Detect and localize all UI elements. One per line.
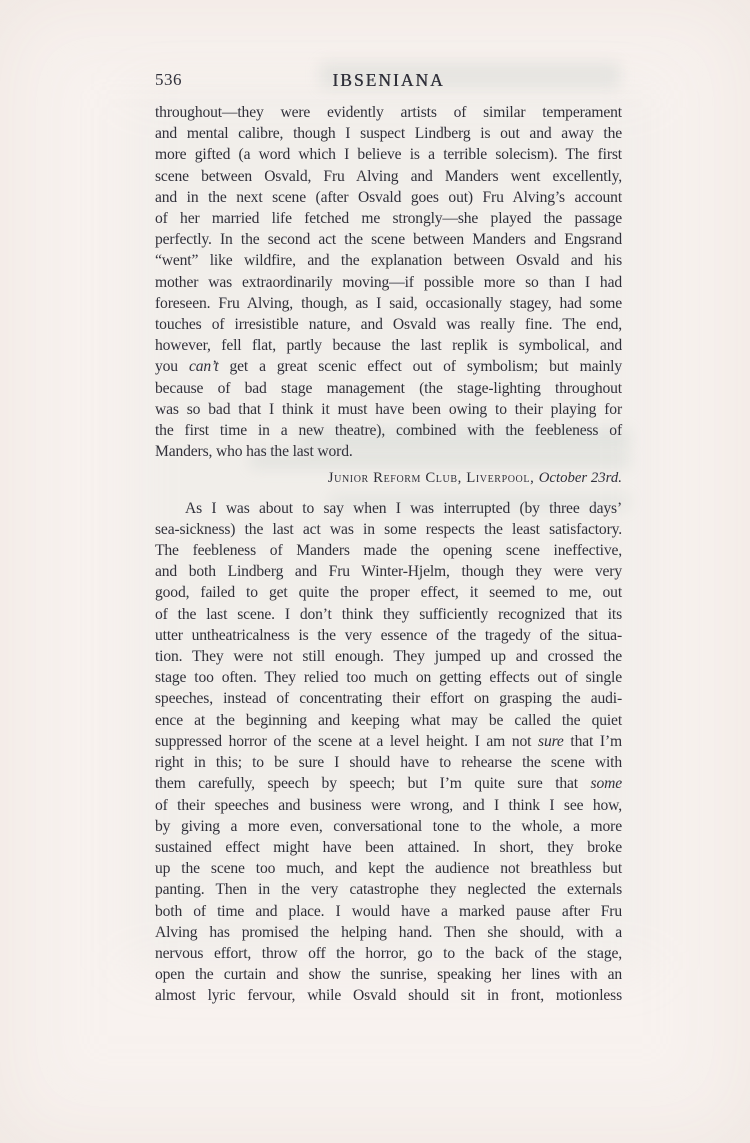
running-header: 536 IBSENIANA	[155, 70, 622, 94]
dateline-place: Junior Reform Club, Liverpool,	[328, 470, 539, 486]
text-segment: of the last scene. I don’t think they su…	[155, 606, 622, 623]
text-segment: foreseen. Fru Alving, though, as I said,…	[155, 295, 622, 312]
text-segment: by giving a more even, conversational to…	[155, 818, 622, 835]
text-line: ence at the beginning and keeping what m…	[155, 710, 622, 731]
text-line: tion. They were not still enough. They j…	[155, 646, 622, 667]
body-text: throughout—they were evidently artists o…	[155, 102, 622, 1007]
book-page-scan: 536 IBSENIANA throughout—they were evide…	[0, 0, 750, 1143]
text-line: up the scene too much, and kept the audi…	[155, 858, 622, 879]
text-line: the first time in a new theatre), combin…	[155, 420, 622, 441]
text-segment: good, failed to get quite the proper eff…	[155, 584, 622, 601]
italic-text: some	[591, 775, 622, 792]
text-segment: suppressed horror of the scene at a leve…	[155, 733, 538, 750]
text-line: of her married life fetched me strongly—…	[155, 208, 622, 229]
text-segment: ence at the beginning and keeping what m…	[155, 712, 622, 729]
text-line: foreseen. Fru Alving, though, as I said,…	[155, 293, 622, 314]
text-line: right in this; to be sure I should have …	[155, 752, 622, 773]
italic-text: can’t	[189, 358, 219, 375]
text-segment: stage too often. They relied too much on…	[155, 669, 622, 686]
text-segment: speeches, instead of concentrating their…	[155, 690, 622, 707]
text-segment: more gifted (a word which I believe is a…	[155, 146, 622, 163]
dateline-date: October 23rd.	[539, 470, 622, 486]
text-segment: up the scene too much, and kept the audi…	[155, 860, 622, 877]
text-line: you can’t get a great scenic effect out …	[155, 356, 622, 377]
text-segment: mother was extraordinarily moving—if pos…	[155, 274, 622, 291]
text-line: open the curtain and show the sunrise, s…	[155, 964, 622, 985]
text-line: both of time and place. I would have a m…	[155, 901, 622, 922]
text-line: was so bad that I think it must have bee…	[155, 399, 622, 420]
text-segment: however, fell flat, partly because the l…	[155, 337, 622, 354]
text-segment: Alving has promised the helping hand. Th…	[155, 924, 622, 941]
text-line: and both Lindberg and Fru Winter-Hjelm, …	[155, 561, 622, 582]
text-line: of the last scene. I don’t think they su…	[155, 604, 622, 625]
text-segment: almost lyric fervour, while Osvald shoul…	[155, 987, 622, 1004]
dateline: Junior Reform Club, Liverpool, October 2…	[155, 468, 622, 489]
text-segment: perfectly. In the second act the scene b…	[155, 231, 622, 248]
text-line: touches of irresistible nature, and Osva…	[155, 314, 622, 335]
text-line: sustained effect might have been attaine…	[155, 837, 622, 858]
text-line: speeches, instead of concentrating their…	[155, 688, 622, 709]
text-line: nervous effort, throw off the horror, go…	[155, 943, 622, 964]
text-line: Alving has promised the helping hand. Th…	[155, 922, 622, 943]
text-line: by giving a more even, conversational to…	[155, 816, 622, 837]
text-segment: of her married life fetched me strongly—…	[155, 210, 622, 227]
text-line: however, fell flat, partly because the l…	[155, 335, 622, 356]
text-segment: of their speeches and business were wron…	[155, 797, 622, 814]
text-segment: tion. They were not still enough. They j…	[155, 648, 622, 665]
text-line: The feebleness of Manders made the openi…	[155, 540, 622, 561]
text-segment: “went” like wildfire, and the explanatio…	[155, 252, 622, 269]
text-line: sea-sickness) the last act was in some r…	[155, 519, 622, 540]
text-line: Manders, who has the last word.	[155, 441, 622, 462]
text-segment: right in this; to be sure I should have …	[155, 754, 622, 771]
text-line: suppressed horror of the scene at a leve…	[155, 731, 622, 752]
text-segment: As I was about to say when I was interru…	[185, 500, 622, 517]
text-line: of their speeches and business were wron…	[155, 795, 622, 816]
text-line: utter untheatricalness is the very essen…	[155, 625, 622, 646]
text-line: perfectly. In the second act the scene b…	[155, 229, 622, 250]
page-title: IBSENIANA	[155, 70, 622, 91]
text-block: 536 IBSENIANA throughout—they were evide…	[155, 70, 622, 1007]
text-line: almost lyric fervour, while Osvald shoul…	[155, 985, 622, 1006]
text-segment: and both Lindberg and Fru Winter-Hjelm, …	[155, 563, 622, 580]
text-segment: get a great scenic effect out of symboli…	[219, 358, 622, 375]
text-segment: scene between Osvald, Fru Alving and Man…	[155, 168, 622, 185]
text-segment: throughout—they were evidently artists o…	[155, 104, 622, 121]
text-segment: panting. Then in the very catastrophe th…	[155, 881, 622, 898]
text-line: and mental calibre, though I suspect Lin…	[155, 123, 622, 144]
text-segment: The feebleness of Manders made the openi…	[155, 542, 622, 559]
text-line: throughout—they were evidently artists o…	[155, 102, 622, 123]
text-segment: nervous effort, throw off the horror, go…	[155, 945, 622, 962]
text-segment: touches of irresistible nature, and Osva…	[155, 316, 622, 333]
text-segment: because of bad stage management (the sta…	[155, 380, 622, 397]
text-segment: and mental calibre, though I suspect Lin…	[155, 125, 622, 142]
text-line: As I was about to say when I was interru…	[155, 498, 622, 519]
text-segment: was so bad that I think it must have bee…	[155, 401, 622, 418]
text-line: scene between Osvald, Fru Alving and Man…	[155, 166, 622, 187]
text-segment: open the curtain and show the sunrise, s…	[155, 966, 622, 983]
text-segment: them carefully, speech by speech; but I’…	[155, 775, 591, 792]
paragraph: As I was about to say when I was interru…	[155, 498, 622, 1007]
text-segment: sea-sickness) the last act was in some r…	[155, 521, 622, 538]
paragraph: throughout—they were evidently artists o…	[155, 102, 622, 462]
text-segment: that I’m	[564, 733, 622, 750]
text-line: good, failed to get quite the proper eff…	[155, 582, 622, 603]
italic-text: sure	[538, 733, 564, 750]
text-line: panting. Then in the very catastrophe th…	[155, 879, 622, 900]
text-line: more gifted (a word which I believe is a…	[155, 144, 622, 165]
text-line: because of bad stage management (the sta…	[155, 378, 622, 399]
text-segment: Manders, who has the last word.	[155, 443, 353, 460]
text-line: and in the next scene (after Osvald goes…	[155, 187, 622, 208]
text-segment: both of time and place. I would have a m…	[155, 903, 622, 920]
text-segment: sustained effect might have been attaine…	[155, 839, 622, 856]
text-line: “went” like wildfire, and the explanatio…	[155, 250, 622, 271]
text-segment: utter untheatricalness is the very essen…	[155, 627, 622, 644]
text-segment: you	[155, 358, 189, 375]
text-segment: and in the next scene (after Osvald goes…	[155, 189, 622, 206]
text-segment: the first time in a new theatre), combin…	[155, 422, 622, 439]
text-line: stage too often. They relied too much on…	[155, 667, 622, 688]
text-line: mother was extraordinarily moving—if pos…	[155, 272, 622, 293]
text-line: them carefully, speech by speech; but I’…	[155, 773, 622, 794]
